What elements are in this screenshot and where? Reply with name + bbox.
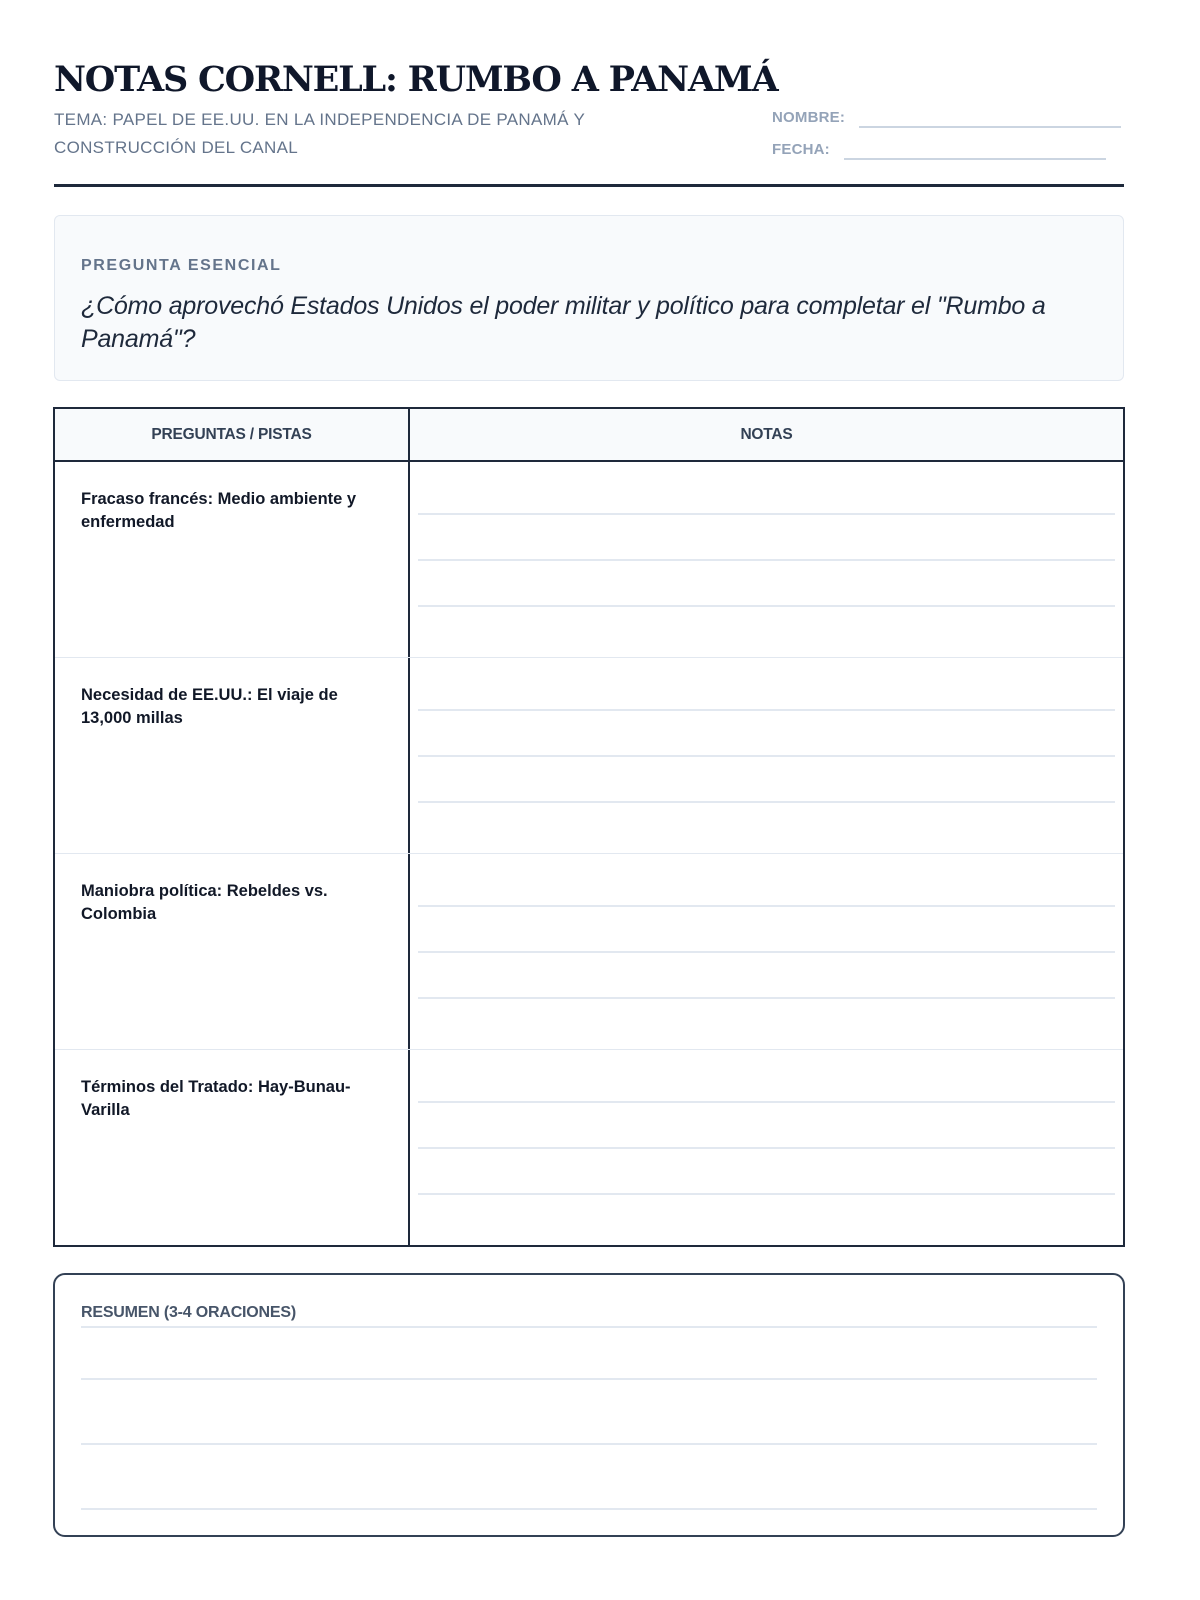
notes-cell[interactable] [410,1050,1123,1246]
writing-line [418,951,1115,953]
page-title: NOTAS CORNELL: RUMBO A PANAMÁ [54,58,1124,102]
writing-line [418,905,1115,907]
cues-column-header: PREGUNTAS / PISTAS [55,409,410,460]
notes-cell[interactable] [410,658,1123,853]
cornell-notes-table: PREGUNTAS / PISTAS NOTAS Fracaso francés… [53,407,1125,1247]
table-row: Necesidad de EE.UU.: El viaje de 13,000 … [55,658,1123,854]
writing-line [418,801,1115,803]
date-field[interactable] [844,138,1106,160]
table-row: Maniobra política: Rebeldes vs. Colombia [55,854,1123,1050]
cue-cell: Términos del Tratado: Hay-Bunau-Varilla [55,1050,410,1246]
writing-line [418,605,1115,607]
writing-line [418,513,1115,515]
writing-line [81,1378,1097,1380]
name-field[interactable] [859,106,1121,128]
cue-cell: Necesidad de EE.UU.: El viaje de 13,000 … [55,658,410,853]
essential-question-text: ¿Cómo aprovechó Estados Unidos el poder … [81,290,1097,356]
notes-cell[interactable] [410,854,1123,1049]
summary-label: RESUMEN (3-4 ORACIONES) [81,1303,1097,1323]
writing-line [418,997,1115,999]
writing-line [418,1147,1115,1149]
date-label: FECHA: [772,141,830,164]
table-header: PREGUNTAS / PISTAS NOTAS [55,409,1123,462]
cue-cell: Maniobra política: Rebeldes vs. Colombia [55,854,410,1049]
topic-subtitle: TEMA: PAPEL DE EE.UU. EN LA INDEPENDENCI… [54,106,694,162]
writing-line [81,1443,1097,1445]
writing-line [418,1101,1115,1103]
worksheet-header: NOTAS CORNELL: RUMBO A PANAMÁ TEMA: PAPE… [54,58,1124,188]
date-row: FECHA: [772,132,1124,164]
writing-line [418,755,1115,757]
writing-line [418,1193,1115,1195]
notes-cell[interactable] [410,462,1123,657]
essential-question-box: PREGUNTA ESENCIAL ¿Cómo aprovechó Estado… [54,215,1124,381]
summary-box[interactable]: RESUMEN (3-4 ORACIONES) [53,1273,1125,1537]
writing-line [418,559,1115,561]
student-info: NOMBRE: FECHA: [772,100,1124,164]
notes-column-header: NOTAS [410,409,1123,460]
writing-line [418,709,1115,711]
writing-line [81,1326,1097,1328]
essential-question-label: PREGUNTA ESENCIAL [81,256,1097,276]
cue-cell: Fracaso francés: Medio ambiente y enferm… [55,462,410,657]
name-label: NOMBRE: [772,109,845,132]
writing-line [81,1508,1097,1510]
header-divider [54,184,1124,187]
table-row: Términos del Tratado: Hay-Bunau-Varilla [55,1050,1123,1246]
table-row: Fracaso francés: Medio ambiente y enferm… [55,462,1123,658]
name-row: NOMBRE: [772,100,1124,132]
